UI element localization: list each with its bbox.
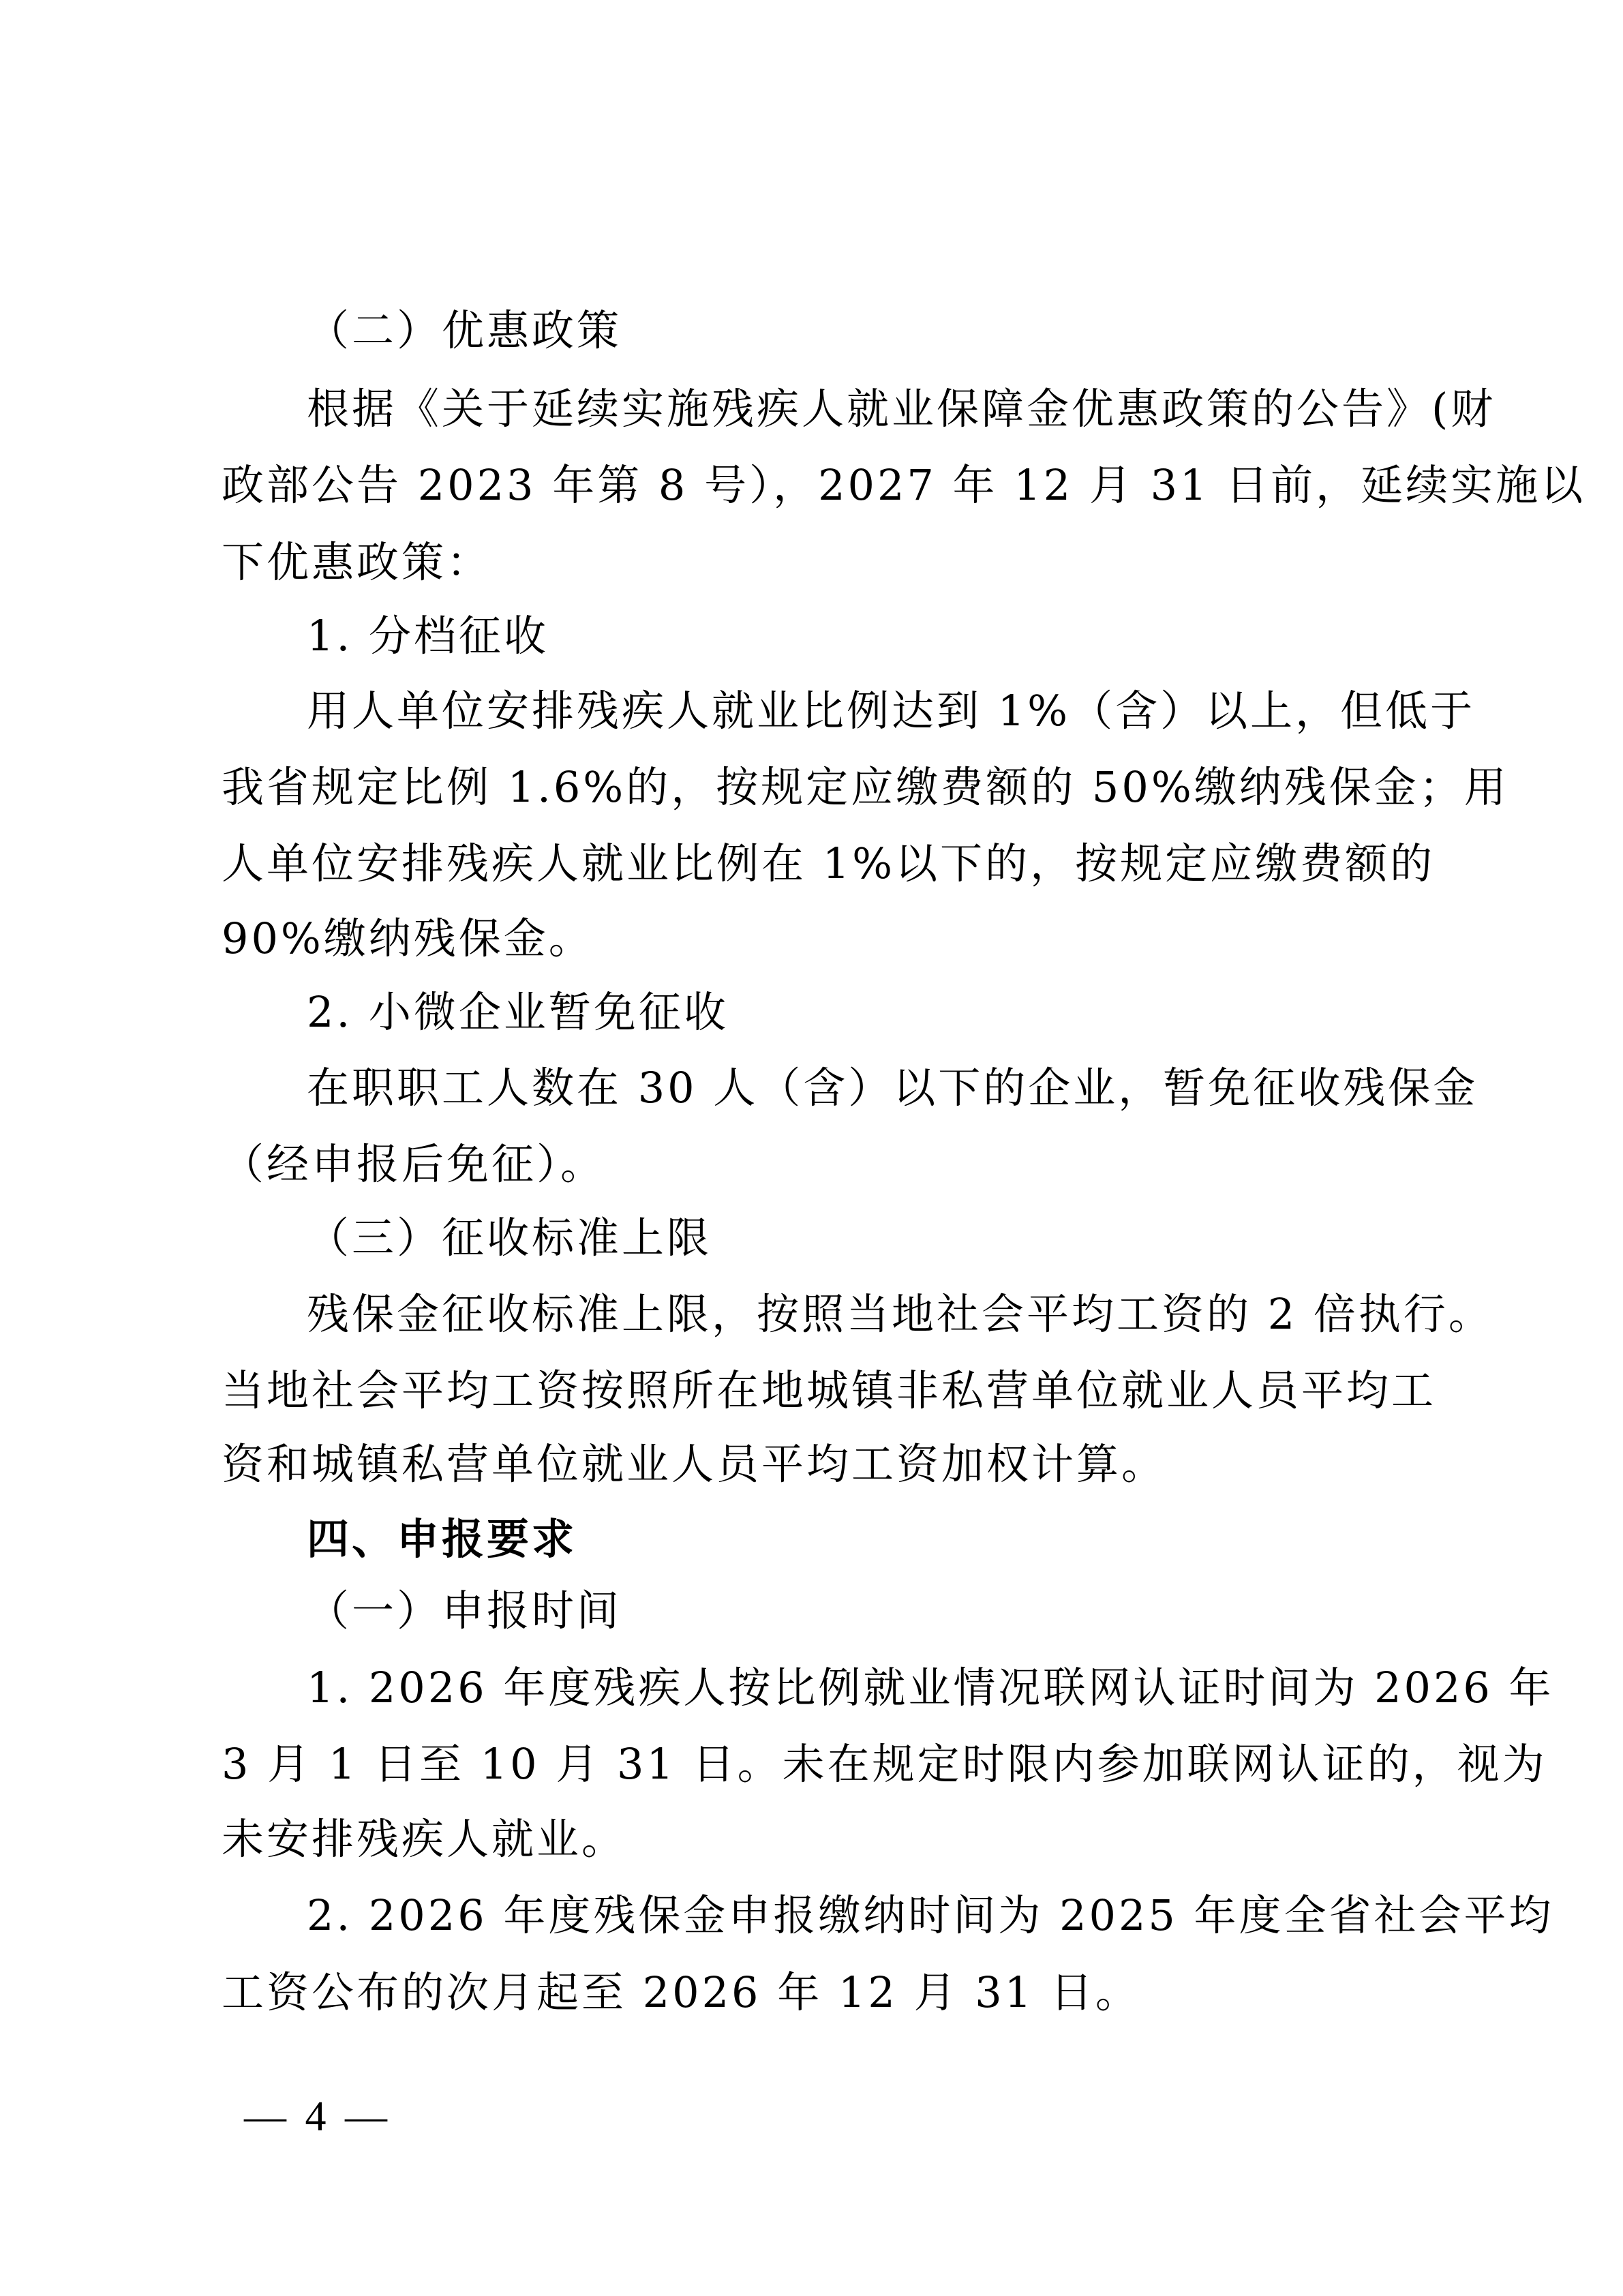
paragraph-line: 90%缴纳残保金。 (222, 911, 1431, 966)
paragraph-line: 根据《关于延续实施残疾人就业保障金优惠政策的公告》(财 (307, 382, 1431, 436)
paragraph-line: 未安排残疾人就业。 (222, 1812, 1431, 1867)
paragraph-line: 用人单位安排残疾人就业比例达到 1%（含）以上，但低于 (307, 684, 1431, 738)
paragraph-line: 1. 2026 年度残疾人按比例就业情况联网认证时间为 2026 年 (307, 1661, 1431, 1715)
heading-declaration-requirements: 四、申报要求 (307, 1512, 1517, 1567)
paragraph-line: 资和城镇私营单位就业人员平均工资加权计算。 (222, 1437, 1431, 1492)
paragraph-line: 工资公布的次月起至 2026 年 12 月 31 日。 (222, 1965, 1431, 2020)
paragraph-line: 当地社会平均工资按照所在地城镇非私营单位就业人员平均工 (222, 1363, 1431, 1418)
paragraph-line: 残保金征收标准上限，按照当地社会平均工资的 2 倍执行。 (307, 1287, 1431, 1342)
paragraph-line: 我省规定比例 1.6%的，按规定应缴费额的 50%缴纳残保金；用 (222, 760, 1431, 815)
paragraph-line: 在职职工人数在 30 人（含）以下的企业，暂免征收残保金 (307, 1061, 1431, 1115)
paragraph-line: 2. 2026 年度残保金申报缴纳时间为 2025 年度全省社会平均 (307, 1888, 1431, 1943)
subheading-preferential-policy: （二）优惠政策 (307, 303, 1517, 358)
page-number: — 4 — (244, 2089, 391, 2144)
paragraph-line: 人单位安排残疾人就业比例在 1%以下的，按规定应缴费额的 (222, 836, 1431, 891)
subheading-small-enterprise-exemption: 2. 小微企业暂免征收 (307, 985, 1517, 1040)
subheading-tiered-collection: 1. 分档征收 (307, 609, 1517, 663)
paragraph-line: 3 月 1 日至 10 月 31 日。未在规定时限内参加联网认证的，视为 (222, 1737, 1431, 1792)
paragraph-line: 下优惠政策： (222, 535, 1431, 590)
paragraph-line: （经申报后免征）。 (222, 1137, 1431, 1192)
subheading-declaration-time: （一）申报时间 (307, 1584, 1517, 1638)
paragraph-line: 政部公告 2023 年第 8 号），2027 年 12 月 31 日前，延续实施… (222, 458, 1431, 513)
subheading-collection-cap: （三）征收标准上限 (307, 1211, 1517, 1265)
